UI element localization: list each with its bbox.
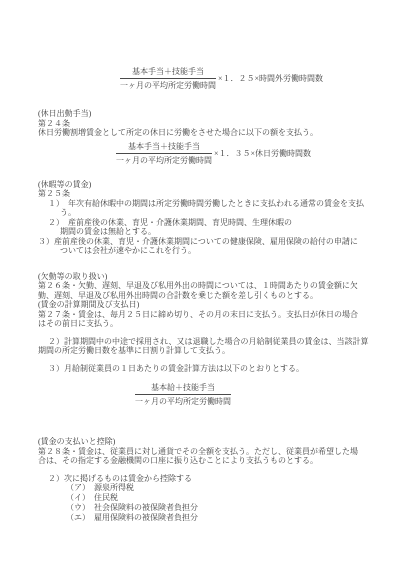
article-25-item1-line2: う。 — [38, 208, 376, 218]
article-27-item2-line2: 期間の所定労働日数を基準に日割り計算して支払う。 — [38, 346, 376, 356]
section-heading-holiday-allowance: (休日出勤手当) — [38, 109, 376, 119]
daily-wage-formula: 基本給＋技能手当 一ヶ月の平均所定労働時間 — [135, 382, 376, 407]
formula-multiplier: ×１．３５×休日労働時間数 — [214, 148, 311, 159]
holiday-pay-formula: 基本手当＋技能手当 一ヶ月の平均所定労働時間 ×１．３５×休日労働時間数 — [116, 141, 376, 166]
article-24-body: 休日労働割増賃金として所定の休日に労働をさせた場合に以下の額を支払う。 — [38, 128, 376, 138]
section-heading-absence-handling: (欠勤等の取り扱い) — [38, 272, 376, 282]
fraction: 基本給＋技能手当 一ヶ月の平均所定労働時間 — [135, 382, 231, 407]
formula-numerator: 基本給＋技能手当 — [135, 382, 231, 394]
article-27-item3: ３）月給制従業員の１日あたりの賃金計算方法は以下のとおりとする。 — [38, 364, 376, 374]
article-28-body-line1: 第２８条・賃金は、従業員に対し通貨でその全額を支払う。ただし、従業員が希望した場 — [38, 447, 376, 457]
formula-multiplier: ×１．２５×時間外労働時間数 — [218, 73, 323, 84]
article-number-25: 第２５条 — [38, 189, 376, 199]
fraction: 基本手当＋技能手当 一ヶ月の平均所定労働時間 — [116, 141, 212, 166]
section-heading-payment-deduction: (賃金の支払いと控除) — [38, 437, 376, 447]
deduction-item-resident-tax: （イ） 住民税 — [38, 493, 376, 503]
deduction-list: （ア） 源泉所得税 （イ） 住民税 （ウ） 社会保険料の被保険者負担分 （エ） … — [38, 483, 376, 523]
article-25-item3-line1: ３）産前産後の休業、育児・介護休業期間についての健康保険、雇用保険の給付の申請に — [38, 237, 376, 247]
section-heading-pay-period: (賃金の計算期間及び支払日) — [38, 300, 376, 310]
overtime-pay-formula: 基本手当＋技能手当 一ヶ月の平均所定労働時間 ×１．２５×時間外労働時間数 — [120, 66, 376, 91]
article-27-body-line2: はその前日に支払う。 — [38, 319, 376, 329]
formula-numerator: 基本手当＋技能手当 — [120, 66, 216, 78]
article-27-item2-line1: ２）計算期間中の中途で採用され、又は退職した場合の月給制従業員の賃金は、当該計算 — [38, 337, 376, 347]
article-25-item2-line2: 期間の賃金は無給とする。 — [38, 227, 376, 237]
deduction-item-employment-insurance: （エ） 雇用保険料の被保険者負担分 — [38, 513, 376, 523]
article-28-item2: ２）次に掲げるものは賃金から控除する — [38, 474, 376, 484]
article-27-body-line1: 第２７条・賃金は、毎月２５日に締め切り、その月の末日に支払う。支払日が休日の場合 — [38, 310, 376, 320]
formula-denominator: 一ヶ月の平均所定労働時間 — [116, 153, 212, 166]
article-28-body-line2: 合は、その指定する金融機関の口座に振り込むことにより支払うものとする。 — [38, 456, 376, 466]
section-heading-leave-wages: (休暇等の賃金) — [38, 180, 376, 190]
article-25-item1-line1: １） 年次有給休暇中の期間は所定労働時間労働したときに支払われる通常の賃金を支払 — [38, 199, 376, 209]
article-number-24: 第２４条 — [38, 119, 376, 129]
document-page: 基本手当＋技能手当 一ヶ月の平均所定労働時間 ×１．２５×時間外労働時間数 (休… — [0, 0, 410, 580]
deduction-item-withholding-tax: （ア） 源泉所得税 — [38, 483, 376, 493]
article-26-body-line1: 第２６条・欠勤、遅刻、早退及び私用外出の時間については、１時間あたりの賃金額に欠 — [38, 281, 376, 291]
fraction: 基本手当＋技能手当 一ヶ月の平均所定労働時間 — [120, 66, 216, 91]
article-25-item3-line2: ついては会社が速やかにこれを行う。 — [38, 246, 376, 256]
formula-numerator: 基本手当＋技能手当 — [116, 141, 212, 153]
formula-denominator: 一ヶ月の平均所定労働時間 — [135, 394, 231, 407]
article-26-body-line2: 勤、遅刻、早退及び私用外出時間の合計数を乗じた額を差し引くものとする。 — [38, 291, 376, 301]
formula-denominator: 一ヶ月の平均所定労働時間 — [120, 78, 216, 91]
article-25-item2-line1: ２） 産前産後の休業、育児・介護休業期間、育児時間、生理休暇の — [38, 218, 376, 228]
deduction-item-social-insurance: （ウ） 社会保険料の被保険者負担分 — [38, 503, 376, 513]
